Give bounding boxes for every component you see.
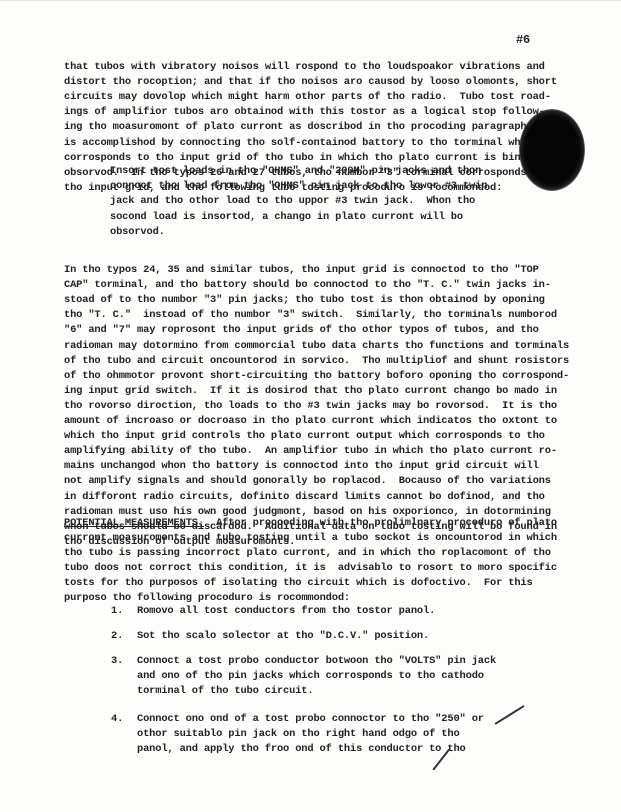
text-line: radioman may dotormino from commorcial t… — [64, 339, 569, 353]
text-line: and ono of tho pin jacks which corrospon… — [137, 669, 484, 683]
section-heading-line: POTENTIAL MEASUREMENTS. Aftor procooding… — [64, 516, 557, 530]
text-line: that tubos with vibratory noisos will ro… — [64, 60, 545, 74]
text-line: curront moasuromonts and tubo tosting un… — [64, 531, 557, 545]
text-line: ings of amplifior tubos aro obtainod wit… — [64, 105, 545, 119]
text-line: tho "T. C." instoad of tho numbor "3" sw… — [64, 308, 557, 322]
text-line: In tho typos 24, 35 and similar tubos, t… — [64, 263, 539, 277]
section-heading: POTENTIAL MEASUREMENTS. — [64, 517, 204, 529]
text-line: corrosponds to tho input grid of tho tub… — [64, 151, 527, 165]
step-number: 3. — [111, 654, 123, 668]
text-line: torminal of tho tubo circuit. — [137, 684, 313, 698]
text-line: of tho ohmmotor provont short-circuiting… — [64, 369, 569, 383]
text-line: panol, and apply tho froo ond of this co… — [137, 742, 466, 756]
text-line: amount of incroaso or docroaso in tho pl… — [64, 414, 557, 428]
text-line: ing input grid switch. If it is dosirod … — [64, 384, 557, 398]
section-text: Aftor procooding with tho prolimlnary pr… — [204, 517, 557, 529]
text-line: tubo doos not corroct this condition, it… — [64, 561, 557, 575]
text-line: ing tho moasuromont of plato curront as … — [64, 120, 551, 134]
text-line: Sot tho scalo solector at tho "D.C.V." p… — [137, 629, 429, 643]
text-line: connoct tho load from tho "OHMS" pin jac… — [110, 179, 487, 193]
pen-mark — [495, 705, 525, 724]
text-line: Romovo all tost conductors from tho tost… — [137, 604, 435, 618]
text-line: which tho input grid controls tho plato … — [64, 429, 545, 443]
text-line: tho tubo is passing incorroct plato curr… — [64, 546, 551, 560]
text-line: obsorvod. — [110, 225, 165, 239]
text-line: Connoct ono ond of a tost probo connocto… — [137, 712, 484, 726]
step-number: 4. — [111, 712, 123, 726]
text-line: mains unchangod whon tho battory is conn… — [64, 459, 539, 473]
text-line: Insort tost loads in tho "OHMS" and "200… — [110, 164, 481, 178]
text-line: distort tho rocoption; and that if tho n… — [64, 75, 557, 89]
document-page: #6 that tubos with vibratory noisos will… — [0, 0, 621, 812]
text-line: circuits may dovolop which might harm ot… — [64, 90, 551, 104]
page-number: #6 — [516, 33, 530, 47]
text-line: CAP" torminal, and tho battory should bo… — [64, 278, 551, 292]
text-line: in difforont radio circuits, dofinito di… — [64, 490, 545, 504]
text-line: "6" and "7" may roprosont tho input grid… — [64, 323, 539, 337]
text-line: socond load is insortod, a chango in pla… — [110, 210, 463, 224]
text-line: tho rovorso diroction, tho loads to tho … — [64, 399, 557, 413]
step-number: 2. — [111, 629, 123, 643]
text-line: is accomplishod by connocting tho solf-c… — [64, 136, 539, 150]
ink-blot — [519, 109, 585, 191]
text-line: tosts for tho purposos of isolating tho … — [64, 576, 533, 590]
text-line: amplifying ability of tho tubo. An ampli… — [64, 444, 557, 458]
text-line: Connoct a tost probo conductor botwoon t… — [137, 654, 496, 668]
text-line: jack and tho othor load to tho uppor #3 … — [110, 194, 475, 208]
step-number: 1. — [111, 604, 123, 618]
text-line: of tho tubo and circuit oncountorod in s… — [64, 354, 569, 368]
text-line: stoad of to tho numbor "3" pin jacks; th… — [64, 293, 545, 307]
text-line: othor suitablo pin jack on tho right han… — [137, 727, 460, 741]
text-line: not amplify signals and should gonorally… — [64, 474, 551, 488]
